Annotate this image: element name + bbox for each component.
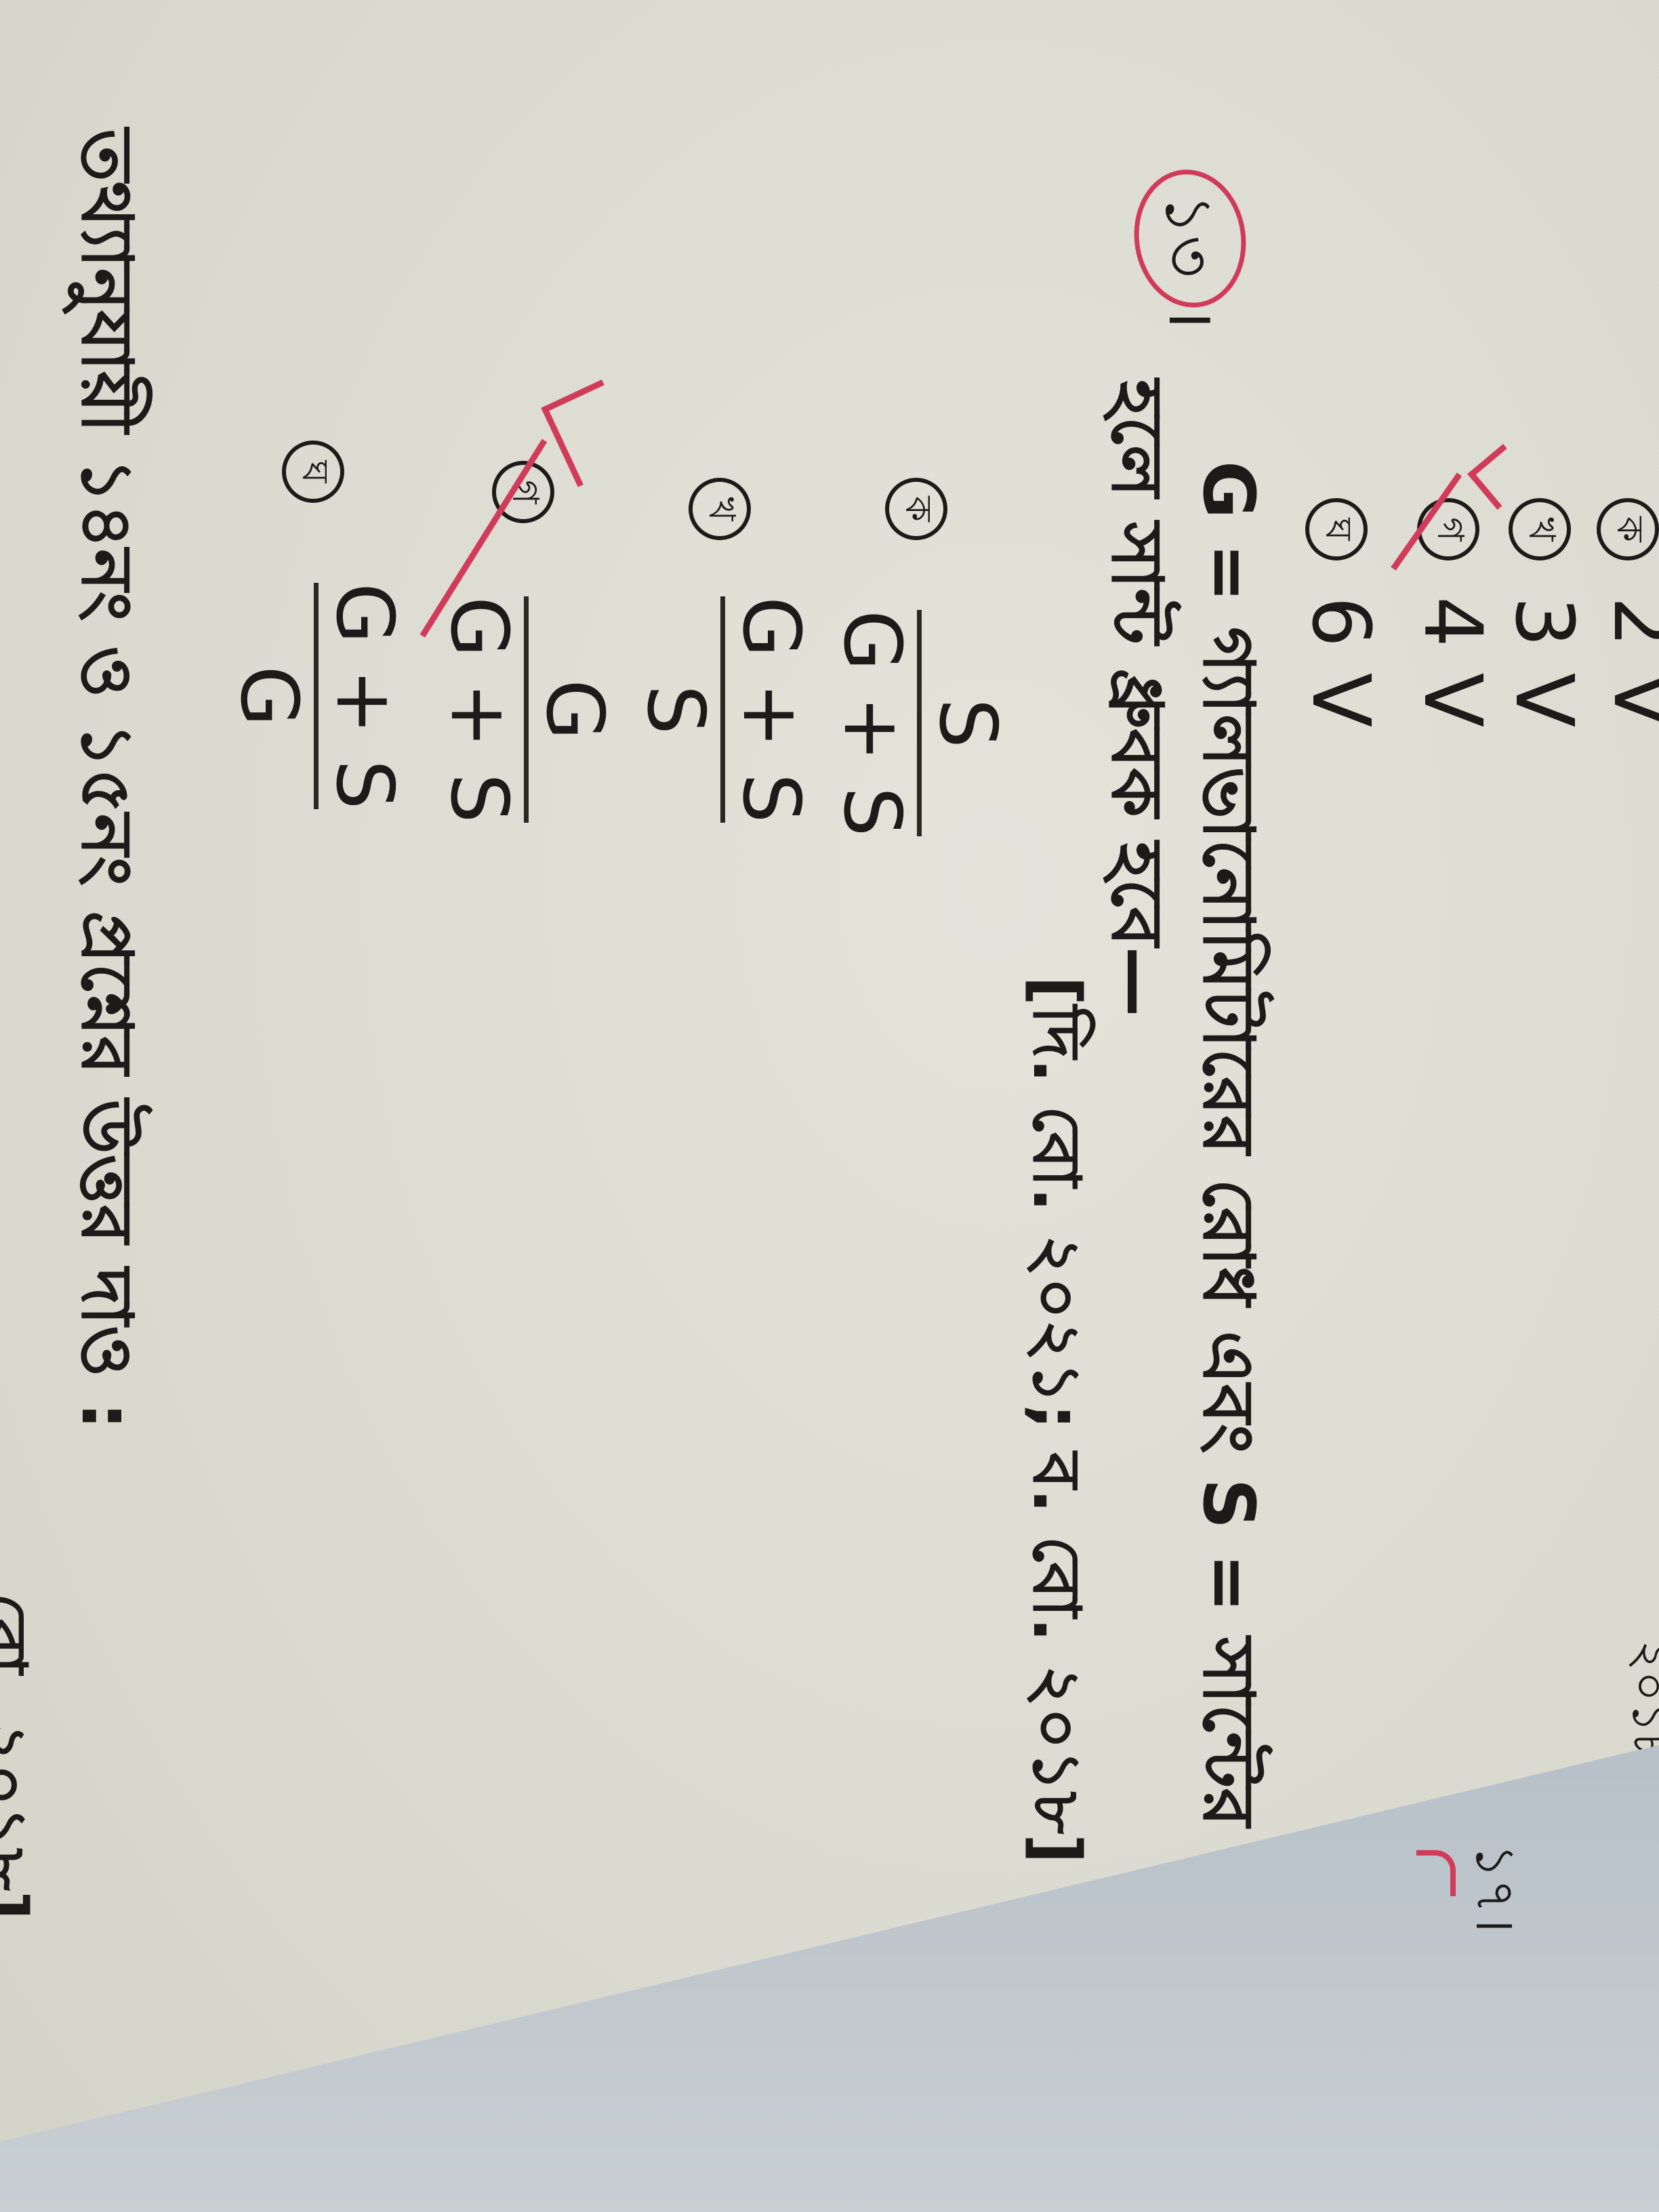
option-kha-fraction: G + S S — [634, 596, 812, 823]
option-label-kha: খ — [1509, 498, 1571, 560]
option-label-ga: গ — [1417, 498, 1479, 560]
option-label-gha: ঘ — [1305, 498, 1368, 560]
denominator: G + S — [437, 596, 520, 823]
numerator: G + S — [323, 583, 405, 809]
fraction-bar — [524, 596, 529, 823]
numerator: G + S — [729, 596, 812, 823]
option-label-ka: ক — [885, 478, 947, 540]
source-citation: [দি. বো. ২০২১; ব. বো. ২০১৮] — [998, 976, 1107, 1864]
option-label-gha: ঘ — [282, 441, 344, 503]
option-ka-fraction: S G + S — [830, 610, 1008, 836]
option-value: 2 V — [1596, 596, 1659, 727]
option-gha-fraction: G + S G — [227, 583, 405, 809]
option-label-ka: ক — [1597, 498, 1659, 560]
denominator: G — [227, 665, 310, 726]
check-mark-icon — [1467, 444, 1533, 510]
instruction-text: তথ্যানুযায়ী ১৪নং ও ১৫নং প্রশ্নের উত্তর … — [43, 129, 161, 1430]
question-danda: । — [1150, 305, 1239, 329]
question-stem-line2: হলে সান্ট ধ্রুবক হবে— — [1073, 380, 1191, 1017]
option-label-kha: খ — [689, 478, 751, 540]
rotated-page-frame: ১৭। ২০১৮] ক 2 V খ 3 V গ 4 V ঘ 6 V ১৩ । G… — [0, 0, 1659, 2212]
numerator: S — [926, 698, 1008, 748]
fraction-bar — [720, 596, 725, 823]
page-edge-fragment-bottom: বো. ২০১৮] — [0, 1593, 53, 1920]
fraction-bar — [314, 583, 319, 809]
red-pen-mark — [1416, 1850, 1456, 1896]
option-value: 4 V — [1406, 596, 1500, 727]
option-value: 6 V — [1294, 596, 1388, 727]
denominator: S — [634, 684, 716, 735]
fraction-bar — [917, 610, 922, 836]
check-mark-icon — [541, 380, 638, 487]
next-page-number: ১৭। — [1446, 1843, 1537, 1933]
option-ga-fraction: G G + S — [437, 596, 615, 823]
question-number: ১৩ — [1130, 193, 1239, 278]
denominator: G + S — [830, 610, 913, 836]
numerator: G — [533, 679, 615, 740]
option-value: 3 V — [1498, 596, 1591, 727]
